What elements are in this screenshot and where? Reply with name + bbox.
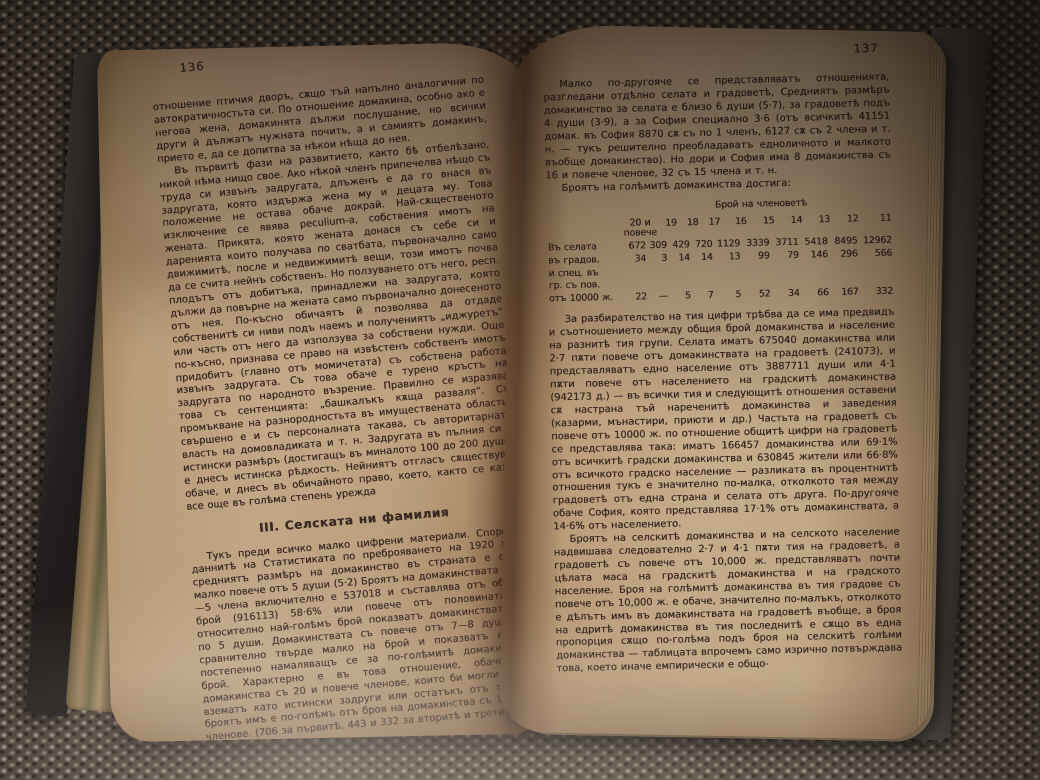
table-cell: 7: [692, 290, 715, 303]
table-col-header: 14: [775, 214, 803, 236]
page-number-right: 137: [542, 41, 878, 64]
table-cell: 720: [690, 239, 713, 252]
table-col-header: 12: [831, 213, 860, 235]
table-cell: 167: [830, 287, 860, 300]
table-col-header: 18: [678, 217, 700, 239]
table-cell: 3: [647, 253, 668, 266]
table-stub: [546, 218, 622, 241]
table-cell: 8495: [828, 236, 858, 249]
table-cell: 66: [800, 287, 829, 300]
left-page: 136 отношение птичия дворъ, сѫщо тъй нап…: [97, 42, 543, 743]
household-members-table: Брой на членоветѣ 20 и повече 19 18 17 1…: [546, 196, 894, 306]
table-cell: 5: [714, 289, 742, 302]
table-cell: 296: [829, 249, 859, 262]
table-cell: 5: [669, 290, 692, 303]
table-cell: 99: [741, 251, 770, 264]
table-cell: 14: [691, 252, 714, 265]
row-label: гр. съ пов.: [548, 279, 624, 293]
table-col-header: 15: [747, 215, 775, 237]
table-cell: 13: [714, 251, 742, 264]
row-label: отъ 10000 ж.: [548, 292, 624, 306]
table-cell: 22: [624, 291, 648, 304]
table-cell: 79: [770, 250, 799, 263]
table-cell: 52: [742, 289, 771, 302]
table-cell: 1129: [713, 238, 741, 251]
paragraph: Малко по-другояче се представляватъ отно…: [543, 72, 891, 183]
table-col-header: 13: [803, 214, 831, 236]
row-label: Въ селата: [547, 241, 623, 255]
table-col-header: 20 и повече: [622, 218, 658, 240]
table-cell: —: [648, 291, 669, 304]
table-cell: 672: [623, 240, 647, 253]
paragraph: Броятъ на селскитѣ домакинства и на селс…: [553, 527, 902, 677]
table-col-header: 19: [658, 217, 679, 239]
table-cell: 34: [771, 288, 800, 301]
table-cell: 5418: [799, 236, 828, 249]
left-page-text: 136 отношение птичия дворъ, сѫщо тъй нап…: [149, 42, 537, 743]
table-cell: 332: [859, 286, 894, 299]
table-cell: 3711: [770, 237, 799, 250]
paragraph: Въ първитѣ фази на развитието, както бѣ …: [158, 139, 518, 514]
table-col-header: 17: [699, 216, 721, 238]
table-col-header: 11: [859, 212, 892, 234]
photo-of-open-book: 136 отношение птичия дворъ, сѫщо тъй нап…: [0, 0, 1040, 780]
table-cell: 14: [668, 253, 691, 266]
paragraph: Тукъ преди всичко малко цифрени материал…: [190, 525, 537, 743]
table-cell: 146: [800, 249, 829, 262]
table-cell: 429: [668, 239, 691, 252]
table-col-header: 16: [721, 216, 748, 238]
table-cell: 34: [623, 254, 647, 267]
right-page: 137 Малко по-другояче се представляватъ …: [499, 24, 943, 740]
table-cell: 309: [647, 240, 668, 253]
table-cell: 566: [859, 248, 894, 261]
paragraph: За разбирателство на тия цифри трѣбва да…: [548, 307, 899, 534]
table-cell: 12962: [858, 235, 893, 248]
table-cell: 3339: [741, 238, 770, 251]
col-header-line: повече: [623, 228, 657, 239]
right-page-text: 137 Малко по-другояче се представляватъ …: [542, 41, 902, 677]
